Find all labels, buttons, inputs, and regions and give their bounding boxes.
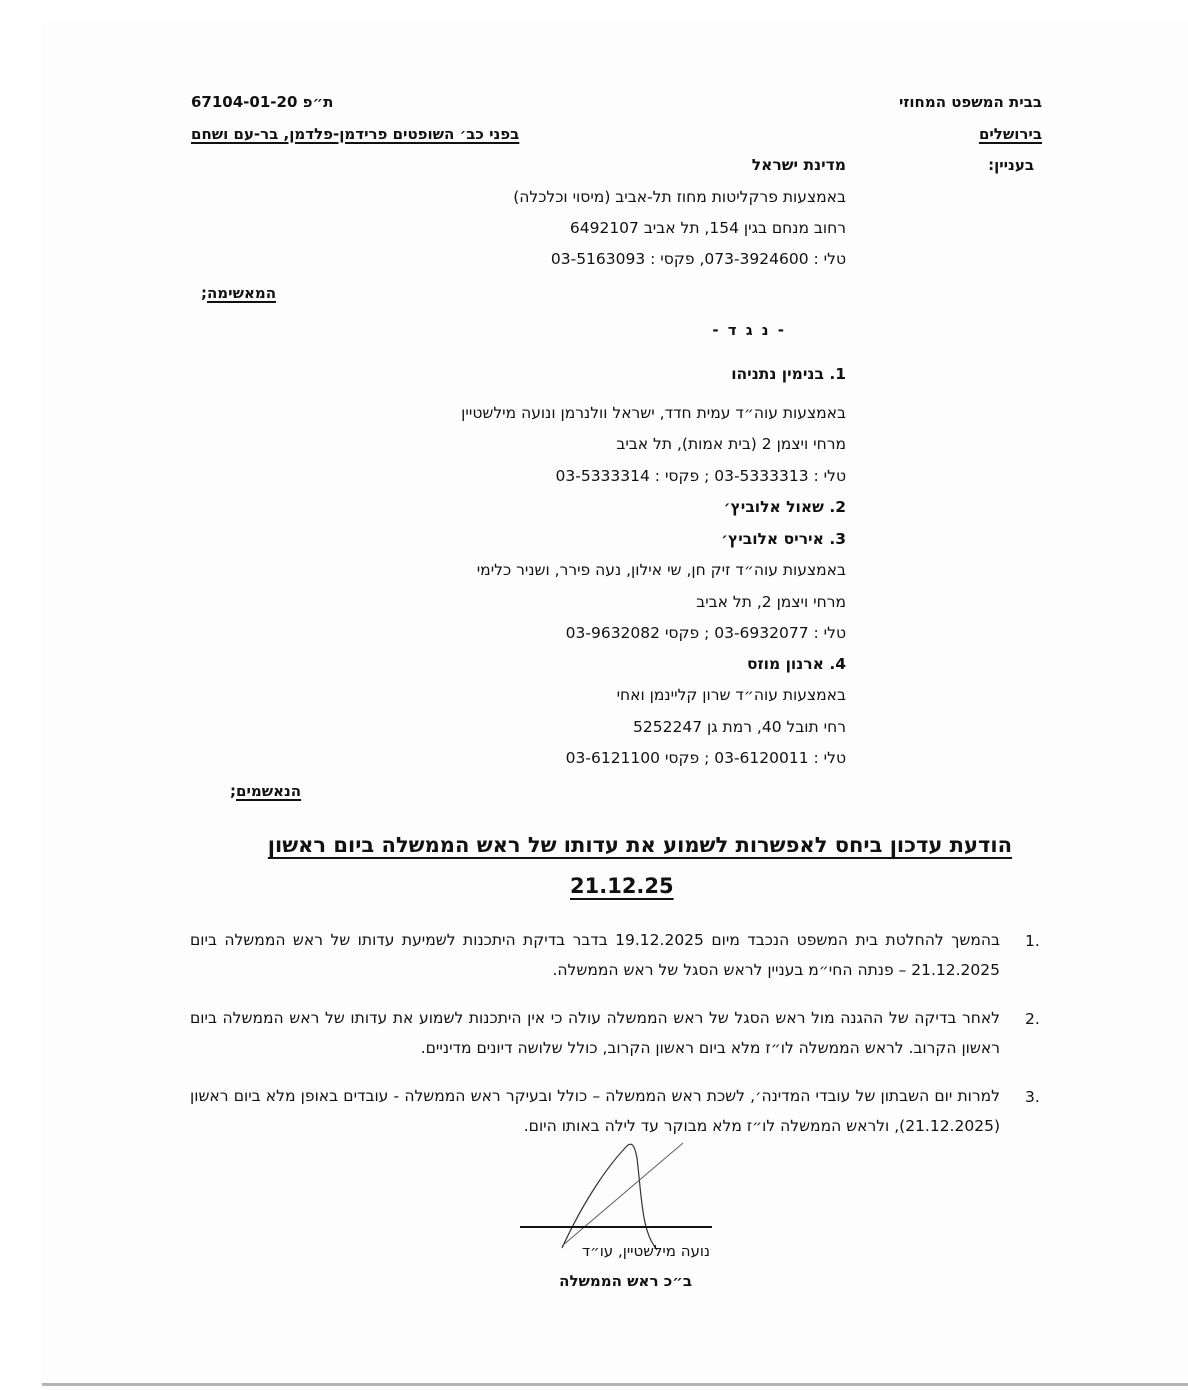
paragraph-3-number: 3. [1025, 1088, 1040, 1106]
defendant-1-via: באמצעות עוה״ד עמית חדד, ישראל וולנרמן ונ… [461, 406, 846, 422]
defendant-number: 2. [829, 498, 846, 516]
defendant-name: בנימין נתניהו [731, 365, 824, 383]
prosecution-phone: טלי : 073-3924600, פקסי : 03-5163093 [551, 252, 846, 268]
prosecution-address: רחוב מנחם בגין 154, תל אביב 6492107 [570, 221, 846, 237]
defendant-3-name: 3. איריס אלוביץ׳ [721, 532, 846, 548]
signature-line [520, 1226, 712, 1228]
defendant-1-name: 1. בנימין נתניהו [731, 367, 846, 383]
notice-title-date: 21.12.25 [570, 876, 674, 897]
defendant-number: 1. [829, 365, 846, 383]
defendant-4-address: רחי תובל 40, רמת גן 5252247 [633, 720, 846, 736]
paragraph-3: למרות יום השבתון של עובדי המדינה׳, לשכת … [190, 1081, 1000, 1141]
matter-label: בעניין: [988, 158, 1034, 173]
defendants-role-label: הנאשמים [236, 782, 301, 800]
page-bottom-border [42, 1383, 1188, 1386]
versus-label: - נ ג ד - [712, 323, 786, 338]
handwritten-signature-icon [540, 1138, 700, 1258]
judges-panel: בפני כב׳ השופטים פרידמן-פלדמן, בר-עם ושח… [191, 127, 519, 142]
defendants-role: הנאשמים; [230, 784, 301, 799]
court-location: בירושלים [979, 127, 1042, 142]
signatory-role: ב״כ ראש הממשלה [559, 1274, 692, 1289]
defendant-number: 4. [829, 655, 846, 673]
defendant-name: ארנון מוזס [747, 655, 824, 673]
defendant-number: 3. [829, 530, 846, 548]
defendant-3-via: באמצעות עוה״ד זיק חן, שי אילון, נעה פירר… [477, 563, 846, 579]
defendant-4-via: באמצעות עוה״ד שרון קליינמן ואחי [617, 688, 846, 704]
prosecution-role: המאשימה; [201, 286, 276, 301]
defendant-1-phone: טלי : 03-5333313 ; פקסי : 03-5333314 [556, 469, 846, 485]
defendant-name: שאול אלוביץ׳ [724, 498, 824, 516]
court-name: בבית המשפט המחוזי [899, 95, 1042, 110]
paragraph-1: בהמשך להחלטת בית המשפט הנכבד מיום 19.12.… [190, 925, 1000, 985]
defendant-3-phone: טלי : 03-6932077 ; פקסי 03-9632082 [566, 626, 846, 642]
prosecution-name: מדינת ישראל [752, 158, 846, 174]
defendant-2-name: 2. שאול אלוביץ׳ [724, 500, 846, 516]
defendant-4-name: 4. ארנון מוזס [747, 657, 846, 673]
case-number: ת״פ 67104-01-20 [191, 95, 333, 110]
defendant-3-address: מרחי ויצמן 2, תל אביב [696, 595, 846, 611]
paragraph-2: לאחר בדיקה של ההגנה מול ראש הסגל של ראש … [190, 1003, 1000, 1063]
paragraph-1-number: 1. [1025, 932, 1040, 950]
paragraph-2-number: 2. [1025, 1010, 1040, 1028]
prosecution-via: באמצעות פרקליטות מחוז תל-אביב (מיסוי וכל… [513, 190, 846, 206]
prosecution-role-label: המאשימה [207, 284, 276, 302]
defendant-name: איריס אלוביץ׳ [721, 530, 824, 548]
defendant-4-phone: טלי : 03-6120011 ; פקסי 03-6121100 [566, 751, 846, 767]
notice-title: הודעת עדכון ביחס לאפשרות לשמוע את עדותו … [268, 835, 1012, 856]
signatory-name: נועה מילשטיין, עו״ד [582, 1244, 710, 1259]
defendant-1-address: מרחי ויצמן 2 (בית אמות), תל אביב [616, 437, 846, 453]
